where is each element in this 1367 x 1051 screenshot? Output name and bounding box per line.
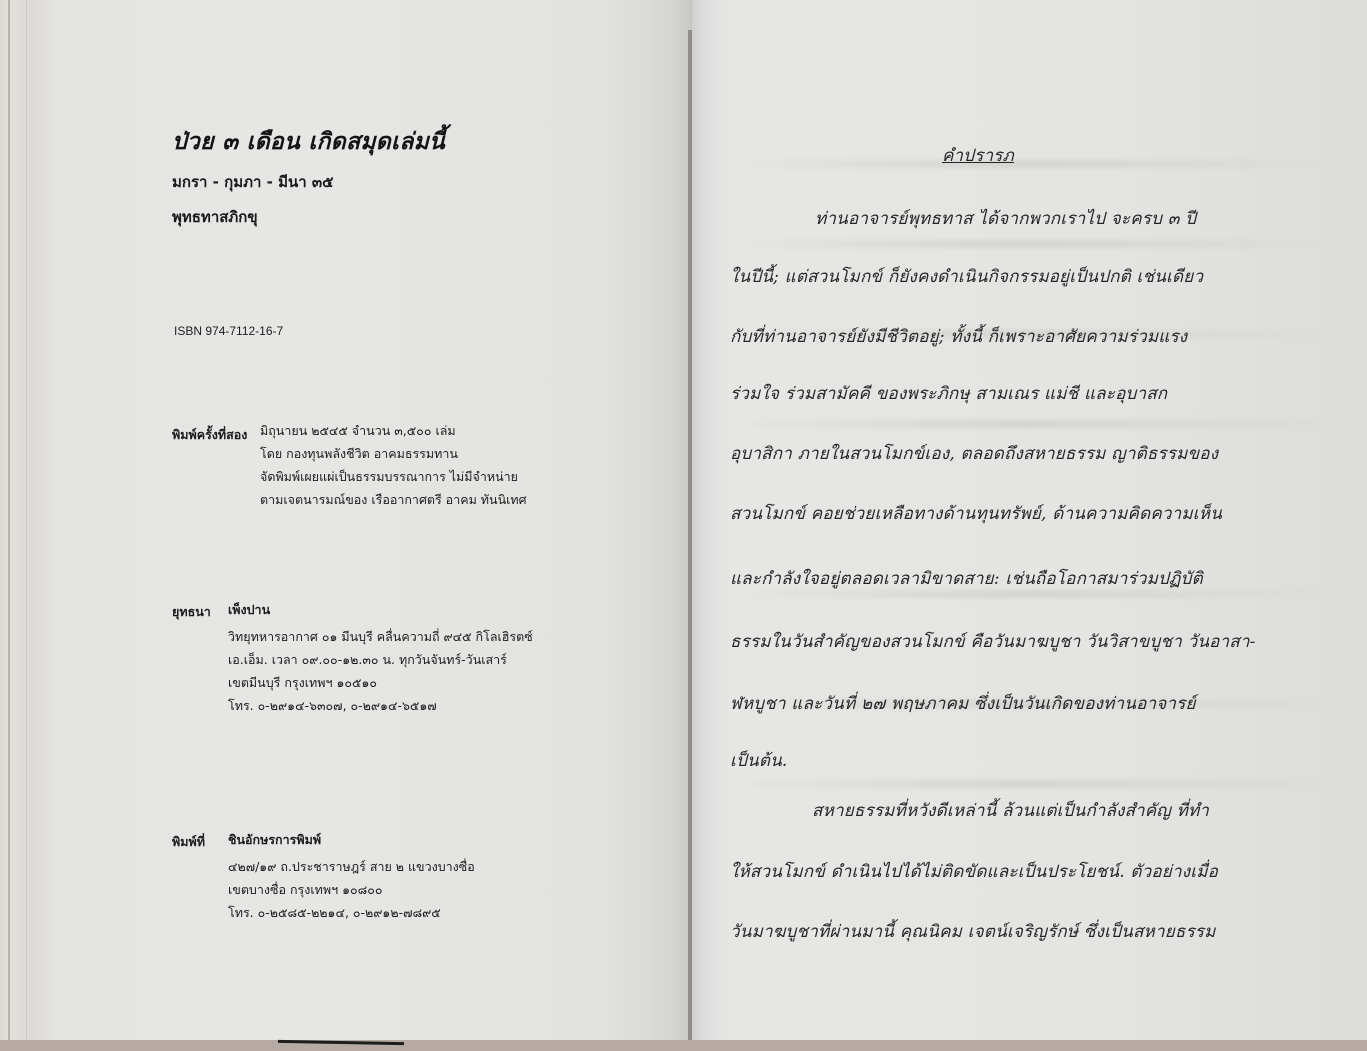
foreword-line: สวนโมกข์ คอยช่วยเหลือทางด้านทุนทรัพย์, ด… (730, 500, 1222, 527)
foreword-line: และกำลังใจอยู่ตลอดเวลามิขาดสาย: เช่นถือโ… (730, 565, 1203, 592)
print-edition-line: ตามเจตนารมณ์ของ เรืออากาศตรี อาคม ทันนิเ… (260, 488, 527, 511)
foreword-line: ร่วมใจ ร่วมสามัคคี ของพระภิกษุ สามเณร แม… (730, 380, 1167, 407)
show-through (728, 160, 1328, 168)
foreword-line: อุบาสิกา ภายในสวนโมกข์เอง, ตลอดถึงสหายธร… (730, 440, 1218, 467)
print-edition-lines: มิถุนายน ๒๕๔๕ จำนวน ๓,๕๐๐ เล่ม โดย กองทุ… (260, 419, 527, 511)
radio-info-line: วิทยุทหารอากาศ ๐๑ มีนบุรี คลื่นความถี่ ๙… (228, 625, 533, 648)
page-edge-fold (26, 0, 27, 1040)
print-edition-line: มิถุนายน ๒๕๔๕ จำนวน ๓,๕๐๐ เล่ม (260, 419, 527, 442)
radio-info-line: โทร. ๐-๒๙๑๔-๖๓๐๗, ๐-๒๙๑๔-๖๕๑๗ (228, 694, 533, 717)
printer-info-line: ๔๒๗/๑๙ ถ.ประชาราษฎร์ สาย ๒ แขวงบางซื่อ (228, 855, 475, 878)
foreword-line: กับที่ท่านอาจารย์ยังมีชีวิตอยู่; ทั้งนี้… (730, 323, 1187, 350)
show-through (728, 420, 1328, 428)
book-title: ป่วย ๓ เดือน เกิดสมุดเล่มนี้ (172, 124, 445, 160)
foreword-line: วันมาฆบูชาที่ผ่านมานี้ คุณนิคม เจตน์เจริ… (730, 918, 1216, 945)
foreword-line: ให้สวนโมกข์ ดำเนินไปได้ไม่ติดขัดและเป็นป… (730, 858, 1218, 885)
radio-info-line: เอ.เอ็ม. เวลา ๐๙.๐๐-๑๒.๓๐ น. ทุกวันจันทร… (228, 648, 533, 671)
print-edition-label: พิมพ์ครั้งที่สอง (172, 425, 247, 445)
foreword-line: เป็นต้น. (730, 747, 788, 774)
radio-info-line: เขตมีนบุรี กรุงเทพฯ ๑๐๕๑๐ (228, 671, 533, 694)
show-through (728, 780, 1328, 788)
bottom-edge (0, 1040, 1367, 1051)
book-gutter (688, 30, 692, 1040)
foreword-line: ในปีนี้; แต่สวนโมกข์ ก็ยังคงดำเนินกิจกรร… (730, 263, 1203, 290)
printer-info-lines: ๔๒๗/๑๙ ถ.ประชาราษฎร์ สาย ๒ แขวงบางซื่อ เ… (228, 855, 475, 924)
show-through (728, 240, 1328, 248)
radio-host-last-name: เพ็งปาน (228, 598, 270, 621)
printer-name: ชินอักษรการพิมพ์ (228, 828, 321, 851)
foreword-heading: คำปรารภ (942, 142, 1014, 169)
printer-label: พิมพ์ที่ (172, 832, 205, 852)
foreword-line: ฬหบูชา และวันที่ ๒๗ พฤษภาคม ซึ่งเป็นวันเ… (730, 690, 1196, 717)
page-edge (8, 0, 10, 1040)
book-subtitle: มกรา - กุมภา - มีนา ๓๕ (172, 170, 333, 194)
foreword-line: ท่านอาจารย์พุทธทาส ได้จากพวกเราไป จะครบ … (815, 205, 1196, 232)
foreword-line: ธรรมในวันสำคัญของสวนโมกข์ คือวันมาฆบูชา … (730, 628, 1256, 655)
printer-info-line: เขตบางซื่อ กรุงเทพฯ ๑๐๘๐๐ (228, 878, 475, 901)
print-edition-line: โดย กองทุนพลังชีวิต อาคมธรรมทาน (260, 442, 527, 465)
foreword-line: สหายธรรมที่หวังดีเหล่านี้ ล้วนแต่เป็นกำล… (812, 797, 1209, 824)
print-edition-line: จัดพิมพ์เผยแผ่เป็นธรรมบรรณาการ ไม่มีจำหน… (260, 465, 527, 488)
isbn: ISBN 974-7112-16-7 (174, 324, 283, 338)
book-spread: ป่วย ๓ เดือน เกิดสมุดเล่มนี้ มกรา - กุมภ… (0, 0, 1367, 1051)
radio-host-first-name: ยุทธนา (172, 602, 211, 622)
radio-info-lines: วิทยุทหารอากาศ ๐๑ มีนบุรี คลื่นความถี่ ๙… (228, 625, 533, 717)
book-author: พุทธทาสภิกขุ (172, 205, 258, 229)
printer-info-line: โทร. ๐-๒๕๘๕-๒๒๑๔, ๐-๒๙๑๒-๗๘๙๕ (228, 901, 475, 924)
